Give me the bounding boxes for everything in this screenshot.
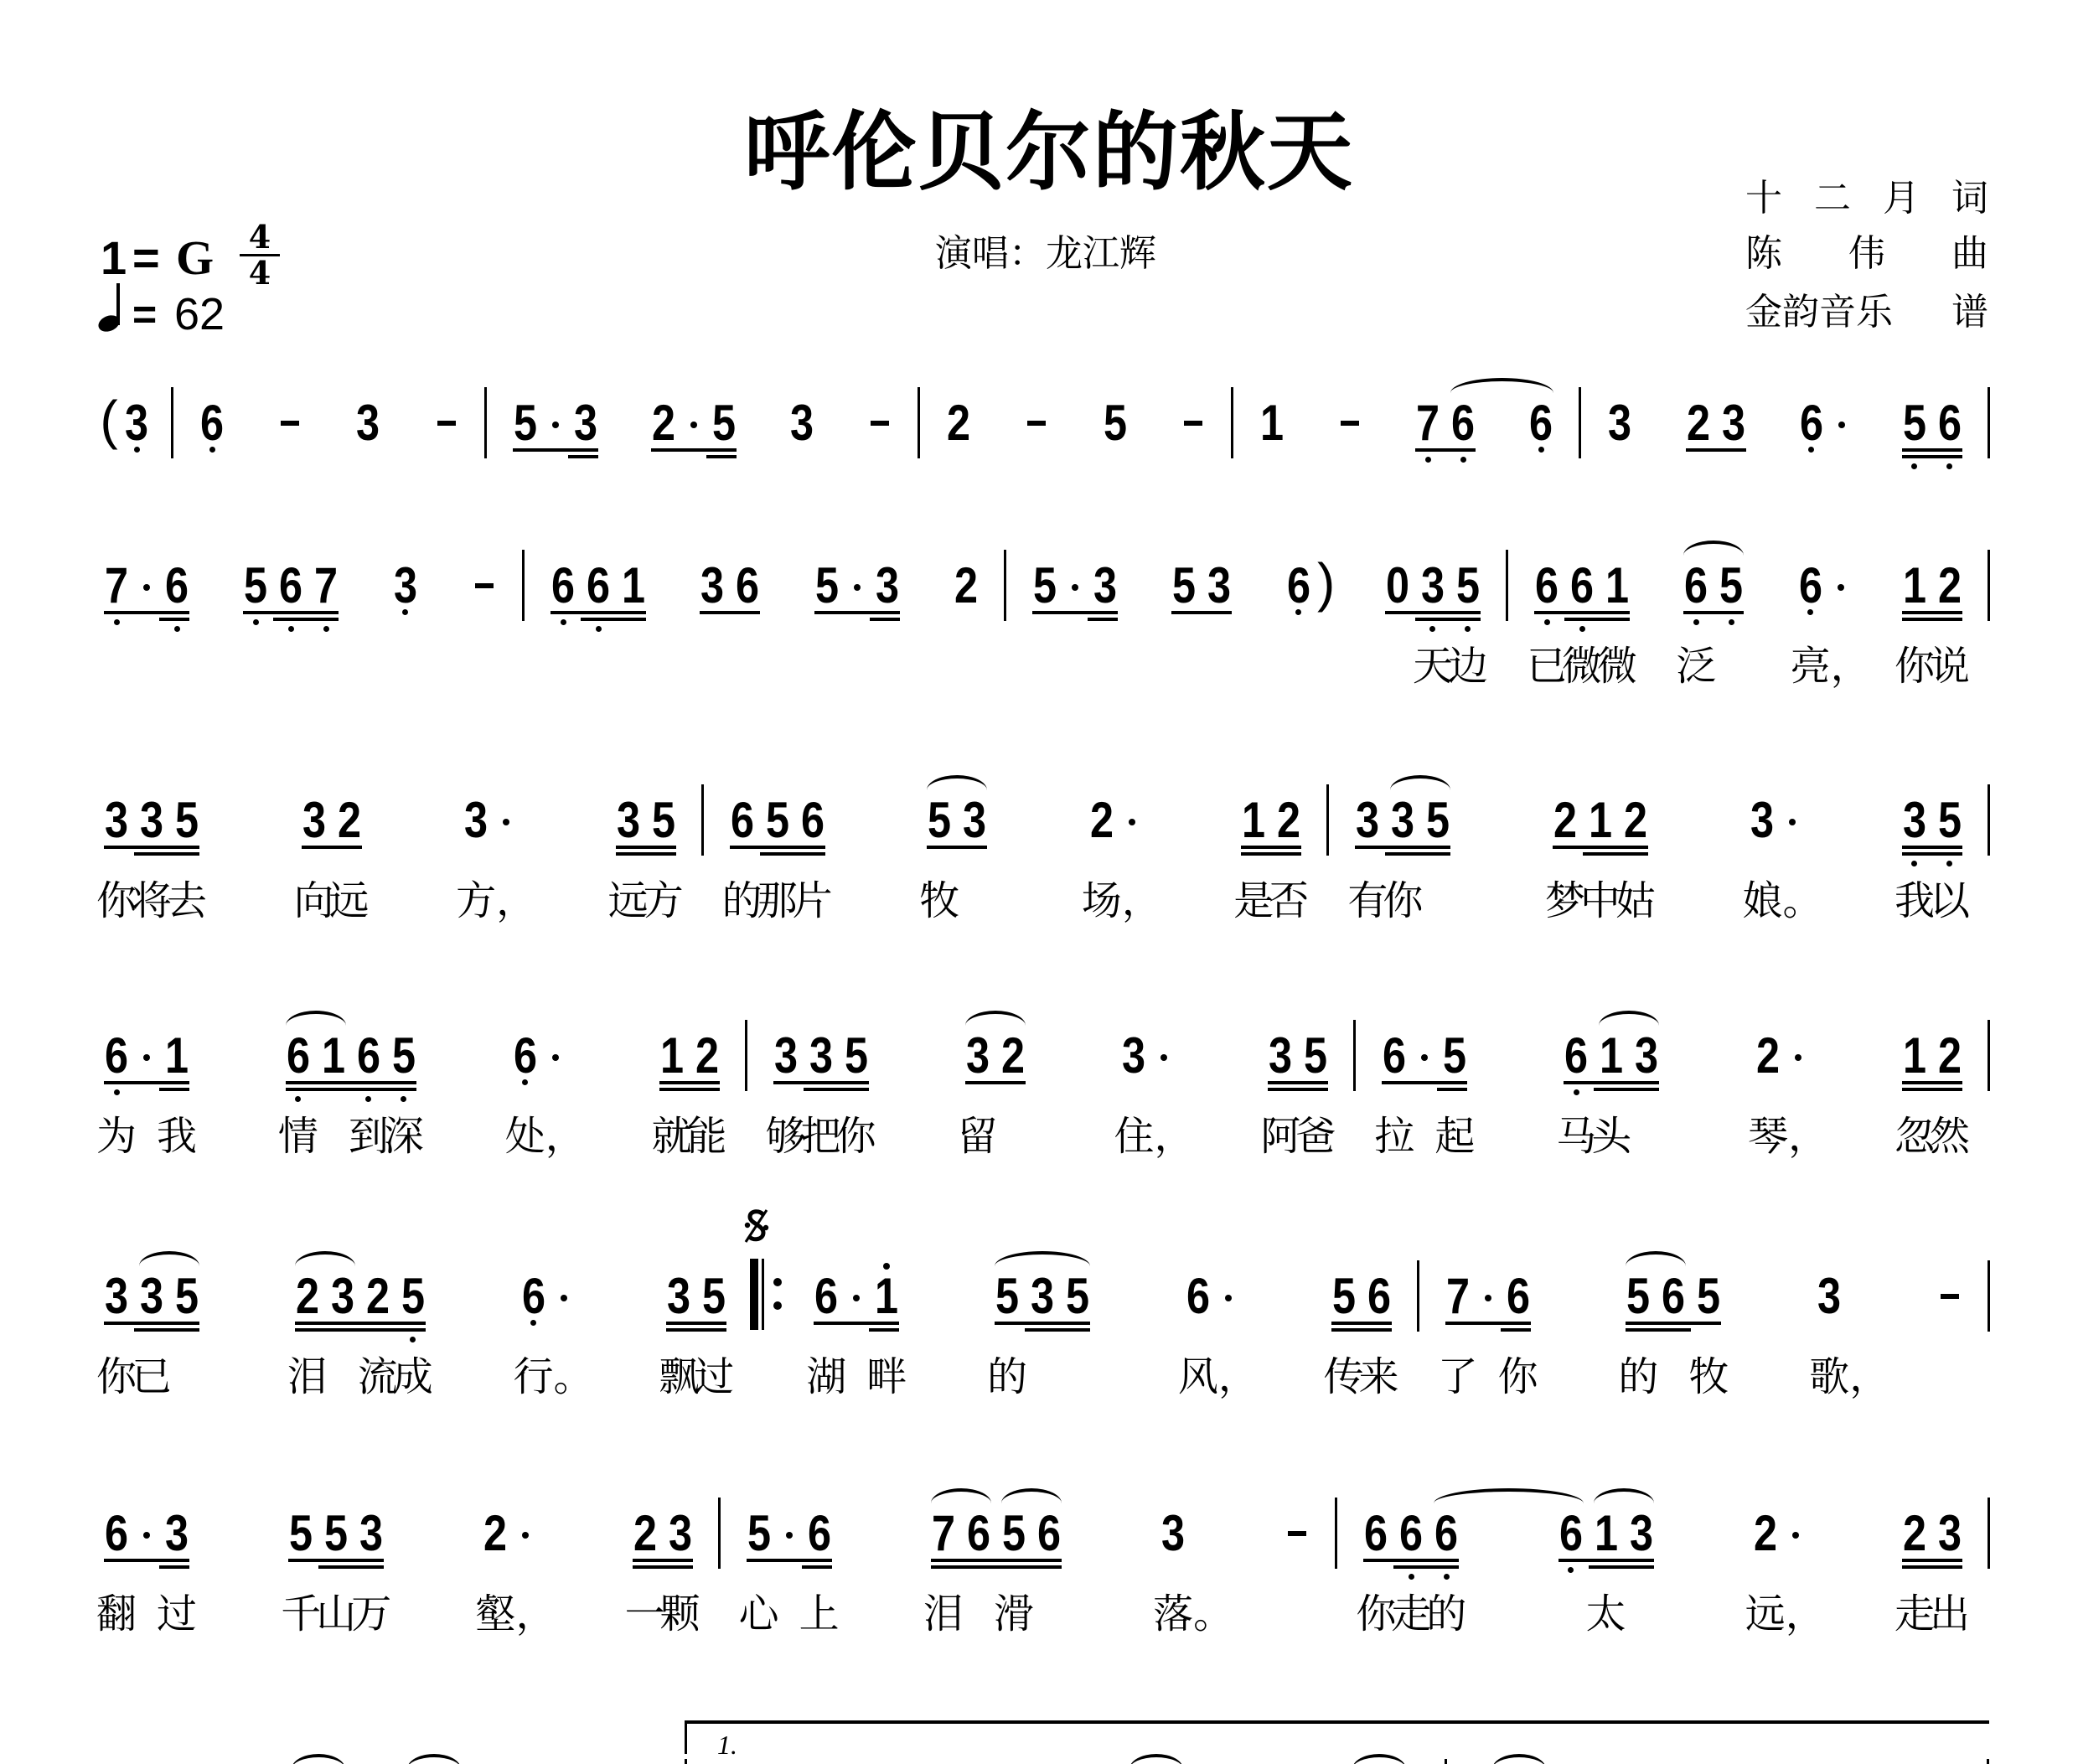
low-octave-dot <box>323 626 329 632</box>
lyric-punctuation: 。 <box>1193 1592 1233 1636</box>
low-octave-dot <box>1295 609 1301 615</box>
underline <box>869 1328 899 1332</box>
note: 3你 <box>99 802 134 839</box>
beat-group: 6拉5起 <box>1377 1037 1472 1074</box>
measure: 6的5那6片5牧32场，1是2否 <box>703 802 1329 839</box>
note: 6微 <box>1564 567 1600 604</box>
underline <box>273 611 308 614</box>
underline <box>1932 846 1962 849</box>
augmentation-dot <box>844 1278 869 1315</box>
beat-group: 3 <box>784 405 819 442</box>
lyric: 上 <box>799 1592 840 1636</box>
slur-arc <box>292 1754 345 1764</box>
augmentation-dot <box>1786 1037 1811 1074</box>
note: 3 <box>350 405 385 442</box>
note-digit: 3 <box>137 1278 166 1315</box>
underline <box>1583 846 1618 849</box>
lyric-char: 是 <box>1233 879 1274 923</box>
system-1: (36353253251766323656 <box>96 405 1989 442</box>
note-digit: 1 <box>1591 1515 1621 1552</box>
lyric: 姑 <box>1615 879 1656 923</box>
beat-group: 6 <box>1794 405 1854 442</box>
underline <box>1932 1565 1962 1569</box>
lyric-char: 太 <box>1586 1592 1626 1636</box>
lyric: 飘 <box>659 1355 699 1399</box>
underline <box>995 1081 1026 1084</box>
underline <box>1385 846 1420 849</box>
underline <box>308 618 339 621</box>
underline <box>681 448 706 452</box>
dot <box>143 1532 150 1539</box>
note: 6 <box>194 405 230 442</box>
lyric-punctuation: ， <box>1122 879 1162 923</box>
note: 5 <box>238 567 273 604</box>
beat-group: 3我5以 <box>1897 802 1967 839</box>
underline <box>1902 1081 1932 1084</box>
underline <box>804 1081 839 1084</box>
lyric: 的 <box>987 1355 1027 1399</box>
note-digit: 6 <box>1362 1515 1391 1552</box>
lyric: 了 <box>1438 1355 1478 1399</box>
beat-group: 2场， <box>1084 802 1145 839</box>
note-digit: 6 <box>1796 567 1825 604</box>
note: 5爸 <box>1298 1037 1333 1074</box>
lyric-punctuation: 。 <box>1782 879 1822 923</box>
lyric-char: 你 <box>1356 1592 1396 1636</box>
note: 6 <box>545 567 581 604</box>
lyric-char: 一 <box>625 1592 665 1636</box>
beat-group: 03天5边 <box>1380 567 1486 604</box>
augmentation-dot <box>681 405 706 442</box>
note-digit: 3 <box>771 1037 800 1074</box>
beat-group: 2泪32流5成 <box>290 1278 431 1315</box>
underline <box>646 846 676 849</box>
underline <box>395 1328 426 1332</box>
lyric-char: 你 <box>96 879 137 923</box>
note-digit: 2 <box>1683 405 1713 442</box>
low-octave-dot <box>1538 447 1544 453</box>
low-octave-dot <box>1807 609 1813 615</box>
barline <box>685 1759 687 1764</box>
dot <box>503 819 509 825</box>
beat-group: 3娘。 <box>1745 802 1805 839</box>
note: 1你 <box>1897 567 1932 604</box>
note-digit: 3 <box>963 1037 992 1074</box>
underline <box>1932 1559 1962 1562</box>
note-digit: 1 <box>1602 567 1631 604</box>
lyric-char: 我 <box>1894 879 1935 923</box>
note-digit: 3 <box>461 802 490 839</box>
lyric: 爸 <box>1295 1115 1336 1158</box>
underline <box>730 611 760 614</box>
beat-group: 3够3把5你 <box>768 1037 874 1074</box>
lyric: 出 <box>1930 1592 1970 1636</box>
beat-group: 6 <box>194 405 230 442</box>
augmentation-dot <box>1151 1037 1176 1074</box>
underline <box>159 1559 189 1562</box>
note: 3出 <box>1932 1515 1967 1552</box>
lyric-punctuation: 。 <box>554 1355 594 1399</box>
underline <box>633 1565 663 1569</box>
system-4: 6为1我6情16到5深6处，1就2能3够3把5你3留23住，3阿5爸6拉5起6马… <box>96 1037 1989 1074</box>
underline <box>1382 1081 1412 1084</box>
measure: 3你3已52泪32流5成6行。3飘5过 <box>96 1278 753 1315</box>
beat-group: 6情16到5深 <box>281 1037 421 1074</box>
lyric: 壑， <box>475 1592 515 1636</box>
thin-barline <box>762 1259 764 1330</box>
underline <box>1032 611 1062 614</box>
note: 3住， <box>1116 1037 1151 1074</box>
underline <box>927 846 957 849</box>
beat-group: 7泪65滑6 <box>926 1515 1067 1552</box>
lyric-char: 有 <box>1347 879 1388 923</box>
beat-group: 53 <box>508 405 603 442</box>
beat-group: 6行。 <box>516 1278 576 1315</box>
beat-group: 7了6你 <box>1440 1278 1536 1315</box>
note-digit: 3 <box>787 405 816 442</box>
note-digit: 1 <box>1257 405 1286 442</box>
augmentation-dot <box>134 1515 159 1552</box>
underline <box>1932 455 1962 458</box>
note-digit: 2 <box>292 1278 322 1315</box>
note: 3 <box>1624 1515 1659 1552</box>
note-digit: 1 <box>1597 1037 1626 1074</box>
beat-group: 3飘5过 <box>661 1278 731 1315</box>
underline <box>814 1322 844 1325</box>
lyric-char: 片 <box>793 879 833 923</box>
underline <box>1600 618 1630 621</box>
underline <box>551 611 581 614</box>
low-octave-dot <box>1460 457 1466 463</box>
note-digit: 7 <box>928 1515 958 1552</box>
underline <box>1271 846 1301 849</box>
note: 3 <box>568 405 603 442</box>
note-digit: 3 <box>1748 802 1777 839</box>
lyric: 远， <box>1745 1592 1786 1636</box>
lyric: 心 <box>739 1592 779 1636</box>
lyric-char: 头 <box>1591 1115 1631 1158</box>
underline <box>965 1081 995 1084</box>
note: 5 <box>508 405 543 442</box>
measure: 25 <box>919 405 1233 442</box>
underline <box>1025 1328 1060 1332</box>
beat-group: 567 <box>238 567 344 604</box>
note: 5 <box>809 567 845 604</box>
lyric: 你 <box>836 1115 876 1158</box>
lyric: 亮， <box>1791 644 1831 688</box>
underline <box>1564 611 1600 614</box>
note: 1中 <box>1583 802 1618 839</box>
note: 5深 <box>386 1037 421 1074</box>
slur-arc <box>1594 1488 1654 1503</box>
lyric-char: 远， <box>1745 1592 1786 1636</box>
note: 5 <box>1027 567 1062 604</box>
note-digit: 3 <box>1626 1515 1656 1552</box>
note: 6 <box>581 567 616 604</box>
note-digit: 5 <box>762 802 792 839</box>
note: 5心 <box>742 1515 777 1552</box>
note: 5 <box>169 1278 204 1315</box>
lyric: 说 <box>1930 644 1970 688</box>
slur-arc <box>931 1488 991 1503</box>
note-digit: 5 <box>1424 802 1453 839</box>
sustain-dash <box>1932 1278 1967 1315</box>
note-digit: 3 <box>1353 802 1383 839</box>
note: 3落。 <box>1155 1515 1191 1552</box>
underline <box>1716 448 1746 452</box>
beat-group: 53 <box>1027 567 1123 604</box>
note-digit: 3 <box>1900 802 1929 839</box>
lyric-char: 留 <box>958 1115 998 1158</box>
augmentation-dot <box>1062 567 1088 604</box>
dot <box>1421 1054 1428 1061</box>
beat-group: 61太3 <box>1553 1515 1659 1552</box>
note: 3把 <box>804 1037 839 1074</box>
note: 2 <box>941 405 976 442</box>
underline <box>543 448 568 452</box>
underline <box>354 1559 384 1562</box>
lyric: 拉 <box>1374 1115 1414 1158</box>
beat-group: 3远5方 <box>611 802 681 839</box>
beat-group: 2 <box>949 567 984 604</box>
underline <box>1437 1088 1467 1091</box>
note: 6 <box>159 567 194 604</box>
note-digit: 3 <box>162 1515 191 1552</box>
note-digit: 3 <box>665 1515 695 1552</box>
measure: 3够3把5你3留23住，3阿5爸 <box>747 1037 1356 1074</box>
note-digit: 3 <box>390 567 420 604</box>
note-digit: 3 <box>698 567 727 604</box>
volta-bracket: 1. <box>685 1720 1989 1754</box>
note-digit: 3 <box>354 405 383 442</box>
note: 2 <box>949 567 984 604</box>
note-digit: 6 <box>1556 1515 1585 1552</box>
beat-group: 5 <box>1098 405 1133 442</box>
tempo-bpm: 62 <box>174 292 225 337</box>
note: 2一 <box>628 1515 663 1552</box>
dash-bar <box>281 421 299 426</box>
lyric-char: 走 <box>1391 1592 1431 1636</box>
underline <box>1501 1322 1531 1325</box>
note-digit: 5 <box>992 1278 1021 1315</box>
note-digit: 5 <box>1453 567 1482 604</box>
note-digit: 3 <box>960 802 990 839</box>
note: 6的 <box>1429 1515 1464 1552</box>
thick-barline <box>750 1259 758 1330</box>
note: 5的 <box>1621 1278 1656 1315</box>
beat-group: 5的65牧 <box>1621 1278 1726 1315</box>
dot <box>1225 1295 1232 1301</box>
lyric: 以 <box>1930 879 1970 923</box>
underline <box>1450 618 1481 621</box>
lyric: 过 <box>694 1355 734 1399</box>
augmentation-dot <box>1783 1515 1808 1552</box>
note: 2壑， <box>478 1515 513 1552</box>
note: 3阿 <box>1263 1037 1298 1074</box>
underline <box>1932 1081 1962 1084</box>
note: 2走 <box>1897 1515 1932 1552</box>
lyric-char: 泛 <box>1676 644 1716 688</box>
beat-group: 3歌， <box>1812 1278 1847 1315</box>
beat-group: 2 <box>941 405 976 442</box>
beat-group: 2一3颗 <box>628 1515 698 1552</box>
low-octave-dot <box>134 447 140 453</box>
beat-group: 2梦1中2姑 <box>1548 802 1653 839</box>
credit-text: 词 <box>1951 180 1988 217</box>
underline <box>1932 618 1962 621</box>
underline <box>295 1328 325 1332</box>
note: 1微 <box>1600 567 1635 604</box>
note: 6亮， <box>1793 567 1828 604</box>
augmentation-dot <box>1412 1037 1437 1074</box>
note-digit: 2 <box>1753 1037 1782 1074</box>
lyric: 颗 <box>660 1592 700 1636</box>
lyric-punctuation: ， <box>545 1115 586 1158</box>
note: 3够 <box>768 1037 804 1074</box>
note-digit: 5 <box>1717 567 1746 604</box>
note: 5牧 <box>922 802 957 839</box>
note-digit: 5 <box>1694 1278 1724 1315</box>
note-digit: 5 <box>1440 1037 1470 1074</box>
note: 1畔 <box>869 1278 904 1315</box>
underline <box>134 1328 169 1332</box>
note-digit: 5 <box>812 567 841 604</box>
note-digit: 2 <box>692 1037 721 1074</box>
lyric: 住， <box>1114 1115 1154 1158</box>
note-digit: 2 <box>944 405 974 442</box>
underline <box>996 1559 1031 1562</box>
underline <box>1564 1081 1594 1084</box>
beat-group: 6 <box>1523 405 1558 442</box>
note-digit: 5 <box>700 1278 729 1315</box>
note-digit: 6 <box>804 1515 834 1552</box>
parenthesis: ) <box>1316 567 1336 604</box>
lyric: 你 <box>96 879 137 923</box>
underline <box>1298 1088 1328 1091</box>
parenthesis-glyph: ( <box>99 401 119 438</box>
beat-group <box>272 405 308 442</box>
note-digit: 7 <box>312 567 341 604</box>
note: 3 <box>1716 405 1751 442</box>
augmentation-dot <box>777 1515 802 1552</box>
low-octave-dot <box>596 626 602 632</box>
lyric-char: 过 <box>694 1355 734 1399</box>
dot <box>1485 1295 1491 1301</box>
underline <box>273 618 308 621</box>
note: 3 <box>325 1278 360 1315</box>
beat-group: 3你3将5去 <box>99 802 204 839</box>
underline <box>104 1081 134 1084</box>
lyric: 深 <box>384 1115 424 1158</box>
underline <box>1331 1328 1362 1332</box>
lyric-char: 场， <box>1082 879 1122 923</box>
lyric: 泪 <box>287 1355 328 1399</box>
lyric: 够 <box>766 1115 806 1158</box>
measure: 6湖1畔5的356风，5传6来 <box>787 1278 1418 1315</box>
lyric-char: 歌， <box>1809 1355 1849 1399</box>
lyric-char: 去 <box>167 879 207 923</box>
note: 1我 <box>159 1037 194 1074</box>
underline <box>845 611 870 614</box>
lyric: 片 <box>793 879 833 923</box>
underline <box>286 1088 316 1091</box>
underline <box>134 611 159 614</box>
note-digit: 6 <box>101 1037 131 1074</box>
underline <box>1429 1559 1459 1562</box>
note: 6 <box>1031 1515 1067 1552</box>
underline <box>325 1328 360 1332</box>
lyric-char: 过 <box>157 1592 197 1636</box>
low-octave-dot <box>114 1089 120 1095</box>
lyric-char: 已 <box>1527 644 1567 688</box>
note: 2梦 <box>1548 802 1583 839</box>
note-digit: 6 <box>1567 567 1596 604</box>
beat-group <box>1176 405 1211 442</box>
note: 6情 <box>281 1037 316 1074</box>
lyric: 微 <box>1597 644 1637 688</box>
measure: 53536)03天5边 <box>1005 567 1507 604</box>
credit-text: 金韵音乐 <box>1745 294 1893 331</box>
low-octave-dot <box>365 1096 371 1102</box>
lyric-char: 你 <box>1498 1355 1538 1399</box>
low-octave-dot <box>410 1337 416 1342</box>
lyric: 微 <box>1562 644 1602 688</box>
low-octave-dot <box>1911 463 1917 469</box>
underline <box>1385 852 1420 856</box>
augmentation-dot <box>513 1515 538 1552</box>
note-digit: 5 <box>1030 567 1059 604</box>
dot <box>1129 819 1135 825</box>
lyric-char: 已 <box>132 1355 172 1399</box>
underline <box>1902 852 1932 856</box>
sustain-dash <box>467 567 502 604</box>
lyric: 远 <box>608 879 649 923</box>
underline <box>1476 1322 1501 1325</box>
note-digit: 1 <box>318 1037 348 1074</box>
note-digit: 2 <box>1621 802 1650 839</box>
lyric-char: 流 <box>358 1355 398 1399</box>
note-digit: 3 <box>121 405 151 442</box>
underline <box>795 852 825 856</box>
lyric-char: 远 <box>608 879 649 923</box>
augmentation-dot <box>1119 802 1145 839</box>
note: 3 <box>1088 567 1123 604</box>
underline <box>1437 1081 1467 1084</box>
note: 1 <box>616 567 651 604</box>
underline <box>659 1081 690 1084</box>
augmentation-dot <box>1216 1278 1241 1315</box>
beat-group <box>862 405 897 442</box>
beat-group: 3住， <box>1116 1037 1176 1074</box>
note-digit: 6 <box>510 1037 540 1074</box>
underline <box>706 448 737 452</box>
underline <box>961 1565 996 1569</box>
underline <box>1629 1088 1659 1091</box>
note-digit: 6 <box>1796 405 1826 442</box>
quarter-note-icon <box>94 280 127 334</box>
note-digit: 2 <box>1935 567 1964 604</box>
note-digit: 2 <box>998 1037 1027 1074</box>
underline <box>1902 846 1932 849</box>
underline <box>360 1328 395 1332</box>
dot <box>1789 819 1796 825</box>
note: 3方， <box>458 802 494 839</box>
lyric: 把 <box>801 1115 841 1158</box>
underline <box>996 1565 1031 1569</box>
underline <box>1600 611 1630 614</box>
note: 5的 <box>990 1278 1025 1315</box>
beat-group: 3方， <box>458 802 519 839</box>
